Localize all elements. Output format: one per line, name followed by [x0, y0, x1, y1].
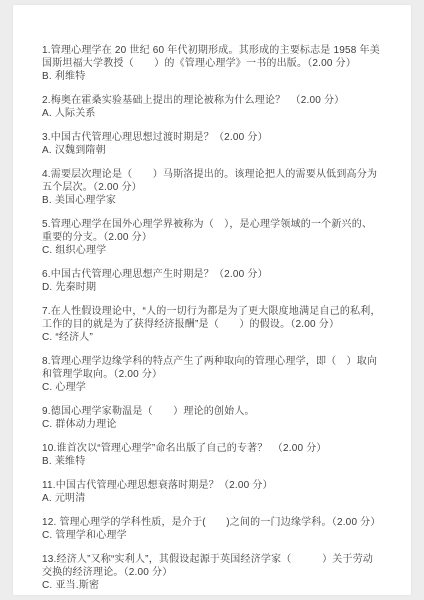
question-block: 12. 管理心理学的学科性质，是介于( )之间的一门边缘学科。（2.00 分） …	[42, 516, 381, 542]
question-text: 7.在人性假设理论中，“人的一切行为都是为了更大限度地满足自己的私利，工作的目的…	[42, 305, 381, 331]
question-text: 9.德国心理学家勒温是（ ）理论的创始人。	[42, 405, 381, 418]
question-block: 13.经济人”又称“实利人”，其假设起源于英国经济学家（ ）关于劳动交换的经济理…	[42, 553, 381, 592]
answer-text: C. 心理学	[42, 381, 381, 394]
question-text: 10.谁首次以“管理心理学”命名出版了自己的专著？ （2.00 分）	[42, 442, 381, 455]
question-text: 5.管理心理学在国外心理学界被称为（ ），是心理学领域的一个新兴的、重要的分支。…	[42, 218, 381, 244]
question-text: 11.中国古代管理心理思想衰落时期是？（2.00 分）	[42, 479, 381, 492]
question-text: 4.需要层次理论是（ ）马斯洛提出的。该理论把人的需要从低到高分为五个层次。（2…	[42, 168, 381, 194]
answer-text: A. 人际关系	[42, 107, 381, 120]
answer-text: C. 组织心理学	[42, 244, 381, 257]
question-block: 10.谁首次以“管理心理学”命名出版了自己的专著？ （2.00 分） B. 莱维…	[42, 442, 381, 468]
question-block: 3.中国古代管理心理思想过渡时期是？（2.00 分） A. 汉魏到隋朝	[42, 131, 381, 157]
question-block: 6.中国古代管理心理思想产生时期是？（2.00 分） D. 先秦时期	[42, 268, 381, 294]
answer-text: B. 利维特	[42, 70, 381, 83]
question-text: 1.管理心理学在 20 世纪 60 年代初期形成。其形成的主要标志是 1958 …	[42, 44, 381, 70]
question-block: 9.德国心理学家勒温是（ ）理论的创始人。 C. 群体动力理论	[42, 405, 381, 431]
question-block: 8.管理心理学边缘学科的特点产生了两种取向的管理心理学，即（ ）取向和管理学取向…	[42, 355, 381, 394]
answer-text: A. 汉魏到隋朝	[42, 144, 381, 157]
question-text: 6.中国古代管理心理思想产生时期是？（2.00 分）	[42, 268, 381, 281]
exam-paper: 1.管理心理学在 20 世纪 60 年代初期形成。其形成的主要标志是 1958 …	[13, 5, 411, 595]
exam-content: 1.管理心理学在 20 世纪 60 年代初期形成。其形成的主要标志是 1958 …	[13, 5, 411, 592]
question-text: 2.梅奥在霍桑实验基础上提出的理论被称为什么理论？ （2.00 分）	[42, 94, 381, 107]
answer-text: C. “经济人”	[42, 331, 381, 344]
question-block: 7.在人性假设理论中，“人的一切行为都是为了更大限度地满足自己的私利，工作的目的…	[42, 305, 381, 344]
answer-text: C. 管理学和心理学	[42, 529, 381, 542]
question-block: 4.需要层次理论是（ ）马斯洛提出的。该理论把人的需要从低到高分为五个层次。（2…	[42, 168, 381, 207]
question-block: 5.管理心理学在国外心理学界被称为（ ），是心理学领域的一个新兴的、重要的分支。…	[42, 218, 381, 257]
question-block: 2.梅奥在霍桑实验基础上提出的理论被称为什么理论？ （2.00 分） A. 人际…	[42, 94, 381, 120]
answer-text: C. 亚当.斯密	[42, 579, 381, 592]
question-text: 3.中国古代管理心理思想过渡时期是？（2.00 分）	[42, 131, 381, 144]
question-block: 11.中国古代管理心理思想衰落时期是？（2.00 分） A. 元明清	[42, 479, 381, 505]
question-text: 8.管理心理学边缘学科的特点产生了两种取向的管理心理学，即（ ）取向和管理学取向…	[42, 355, 381, 381]
question-list: 1.管理心理学在 20 世纪 60 年代初期形成。其形成的主要标志是 1958 …	[42, 44, 381, 592]
answer-text: B. 美国心理学家	[42, 194, 381, 207]
question-text: 12. 管理心理学的学科性质，是介于( )之间的一门边缘学科。（2.00 分）	[42, 516, 381, 529]
answer-text: D. 先秦时期	[42, 281, 381, 294]
answer-text: C. 群体动力理论	[42, 418, 381, 431]
question-block: 1.管理心理学在 20 世纪 60 年代初期形成。其形成的主要标志是 1958 …	[42, 44, 381, 83]
answer-text: A. 元明清	[42, 492, 381, 505]
answer-text: B. 莱维特	[42, 455, 381, 468]
question-text: 13.经济人”又称“实利人”，其假设起源于英国经济学家（ ）关于劳动交换的经济理…	[42, 553, 381, 579]
